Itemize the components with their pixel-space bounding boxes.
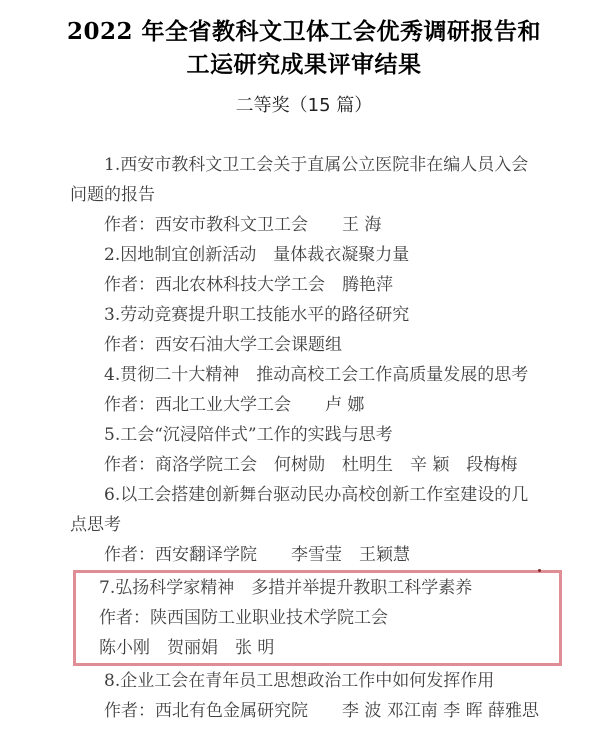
award-entry: 4.贯彻二十大精神 推动高校工会工作高质量发展的思考作者：西北工业大学工会 卢 …	[70, 360, 562, 420]
document-title-line1: 2022 年全省教科文卫体工会优秀调研报告和	[67, 18, 541, 45]
award-entry: 8.企业工会在青年员工思想政治工作中如何发挥作用作者：西北有色金属研究院 李 波…	[70, 666, 562, 726]
entry-line: 8.企业工会在青年员工思想政治工作中如何发挥作用	[70, 666, 562, 696]
award-entry: 5.工会“沉浸陪伴式”工作的实践与思考作者：商洛学院工会 何树勋 杜明生 辛 颖…	[70, 420, 562, 480]
award-entry-highlighted: 7.弘扬科学家精神 多措并举提升教职工科学素养作者：陕西国防工业职业技术学院工会…	[73, 570, 562, 666]
entry-line: 4.贯彻二十大精神 推动高校工会工作高质量发展的思考	[70, 360, 562, 390]
document-title-line2: 工运研究成果评审结果	[187, 51, 422, 78]
entry-line: 5.工会“沉浸陪伴式”工作的实践与思考	[70, 420, 562, 450]
entry-line: 作者：陕西国防工业职业技术学院工会	[76, 603, 559, 633]
entry-line: 3.劳动竞赛提升职工技能水平的路径研究	[70, 300, 562, 330]
award-tier-heading: 二等奖（15 篇）	[0, 95, 608, 117]
entry-line: 问题的报告	[70, 180, 562, 210]
entry-line: 点思考	[70, 510, 562, 540]
entry-line: 作者：西安市教科文卫工会 王 海	[70, 210, 562, 240]
ink-speck	[538, 569, 541, 572]
award-list: 1.西安市教科文卫工会关于直属公立医院非在编人员入会问题的报告作者：西安市教科文…	[0, 150, 608, 726]
document-title: 2022 年全省教科文卫体工会优秀调研报告和 工运研究成果评审结果	[0, 0, 608, 81]
entry-line: 作者：西北有色金属研究院 李 波 邓江南 李 晖 薛雅思	[70, 696, 562, 726]
entry-line: 1.西安市教科文卫工会关于直属公立医院非在编人员入会	[70, 150, 562, 180]
entry-line: 作者：西安翻译学院 李雪莹 王颖慧	[70, 540, 562, 570]
document-page: 2022 年全省教科文卫体工会优秀调研报告和 工运研究成果评审结果 二等奖（15…	[0, 0, 608, 746]
entry-line: 作者：西北工业大学工会 卢 娜	[70, 390, 562, 420]
award-entry: 6.以工会搭建创新舞台驱动民办高校创新工作室建设的几点思考作者：西安翻译学院 李…	[70, 480, 562, 570]
award-entry: 2.因地制宜创新活动 量体裁衣凝聚力量作者：西北农林科技大学工会 腾艳萍	[70, 240, 562, 300]
entry-line: 作者：商洛学院工会 何树勋 杜明生 辛 颖 段梅梅	[70, 450, 562, 480]
entry-line: 7.弘扬科学家精神 多措并举提升教职工科学素养	[76, 573, 559, 603]
entry-line: 6.以工会搭建创新舞台驱动民办高校创新工作室建设的几	[70, 480, 562, 510]
award-entry: 3.劳动竞赛提升职工技能水平的路径研究作者：西安石油大学工会课题组	[70, 300, 562, 360]
entry-line: 陈小刚 贺丽娟 张 明	[76, 633, 559, 663]
award-entry: 1.西安市教科文卫工会关于直属公立医院非在编人员入会问题的报告作者：西安市教科文…	[70, 150, 562, 240]
entry-line: 作者：西北农林科技大学工会 腾艳萍	[70, 270, 562, 300]
entry-line: 作者：西安石油大学工会课题组	[70, 330, 562, 360]
entry-line: 2.因地制宜创新活动 量体裁衣凝聚力量	[70, 240, 562, 270]
